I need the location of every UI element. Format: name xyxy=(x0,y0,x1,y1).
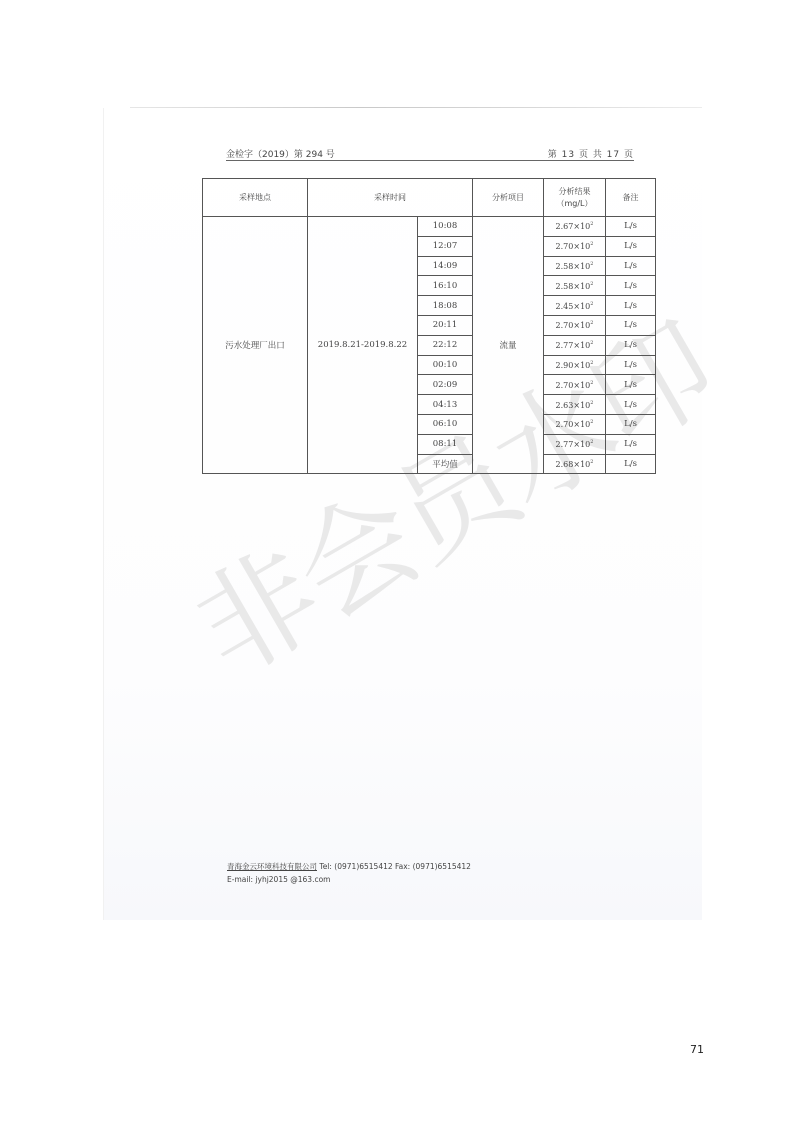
header-location: 采样地点 xyxy=(203,179,308,217)
sample-time: 14:09 xyxy=(418,256,473,276)
table-row: 污水处理厂出口2019.8.21-2019.8.2210:08流量2.67×10… xyxy=(203,217,656,237)
header-item: 分析项目 xyxy=(473,179,544,217)
result-value: 2.70×102 xyxy=(544,315,606,335)
remark-unit: L/s xyxy=(606,276,656,296)
remark-unit: L/s xyxy=(606,375,656,395)
analysis-item: 流量 xyxy=(473,217,544,474)
sample-time: 02:09 xyxy=(418,375,473,395)
sample-time: 10:08 xyxy=(418,217,473,237)
header-result: 分析结果 （mg/L） xyxy=(544,179,606,217)
contact-info: Tel: (0971)6515412 Fax: (0971)6515412 xyxy=(317,862,471,871)
header-remark: 备注 xyxy=(606,179,656,217)
sample-time: 平均值 xyxy=(418,454,473,474)
page-number: 71 xyxy=(690,1043,704,1056)
result-value: 2.45×102 xyxy=(544,296,606,316)
result-value: 2.67×102 xyxy=(544,217,606,237)
result-value: 2.63×102 xyxy=(544,395,606,415)
email: E-mail: jyhj2015 @163.com xyxy=(227,873,471,886)
remark-unit: L/s xyxy=(606,335,656,355)
remark-unit: L/s xyxy=(606,355,656,375)
result-value: 2.70×102 xyxy=(544,375,606,395)
result-value: 2.68×102 xyxy=(544,454,606,474)
result-value: 2.90×102 xyxy=(544,355,606,375)
sampling-date-range: 2019.8.21-2019.8.22 xyxy=(308,217,418,474)
remark-unit: L/s xyxy=(606,256,656,276)
page-info: 第 13 页 共 17 页 xyxy=(548,147,634,160)
table-header-row: 采样地点 采样时间 分析项目 分析结果 （mg/L） 备注 xyxy=(203,179,656,217)
remark-unit: L/s xyxy=(606,236,656,256)
sample-time: 20:11 xyxy=(418,315,473,335)
result-value: 2.58×102 xyxy=(544,276,606,296)
result-value: 2.77×102 xyxy=(544,434,606,454)
result-value: 2.58×102 xyxy=(544,256,606,276)
remark-unit: L/s xyxy=(606,315,656,335)
flow-measurement-table: 采样地点 采样时间 分析项目 分析结果 （mg/L） 备注 污水处理厂出口201… xyxy=(202,178,656,474)
remark-unit: L/s xyxy=(606,414,656,434)
sample-time: 06:10 xyxy=(418,414,473,434)
result-value: 2.70×102 xyxy=(544,414,606,434)
remark-unit: L/s xyxy=(606,454,656,474)
footer: 青海金云环境科技有限公司 Tel: (0971)6515412 Fax: (09… xyxy=(227,860,471,886)
remark-unit: L/s xyxy=(606,434,656,454)
company-name: 青海金云环境科技有限公司 xyxy=(227,862,317,871)
result-value: 2.77×102 xyxy=(544,335,606,355)
document-number: 金检字（2019）第 294 号 xyxy=(226,147,335,160)
result-value: 2.70×102 xyxy=(544,236,606,256)
sampling-location: 污水处理厂出口 xyxy=(203,217,308,474)
remark-unit: L/s xyxy=(606,395,656,415)
sample-time: 08:11 xyxy=(418,434,473,454)
document-header: 金检字（2019）第 294 号 第 13 页 共 17 页 xyxy=(226,146,634,161)
sample-time: 18:08 xyxy=(418,296,473,316)
sample-time: 04:13 xyxy=(418,395,473,415)
sample-time: 00:10 xyxy=(418,355,473,375)
remark-unit: L/s xyxy=(606,217,656,237)
header-time: 采样时间 xyxy=(308,179,473,217)
sample-time: 12:07 xyxy=(418,236,473,256)
scan-top-rule xyxy=(130,107,702,108)
remark-unit: L/s xyxy=(606,296,656,316)
sample-time: 16:10 xyxy=(418,276,473,296)
sample-time: 22:12 xyxy=(418,335,473,355)
